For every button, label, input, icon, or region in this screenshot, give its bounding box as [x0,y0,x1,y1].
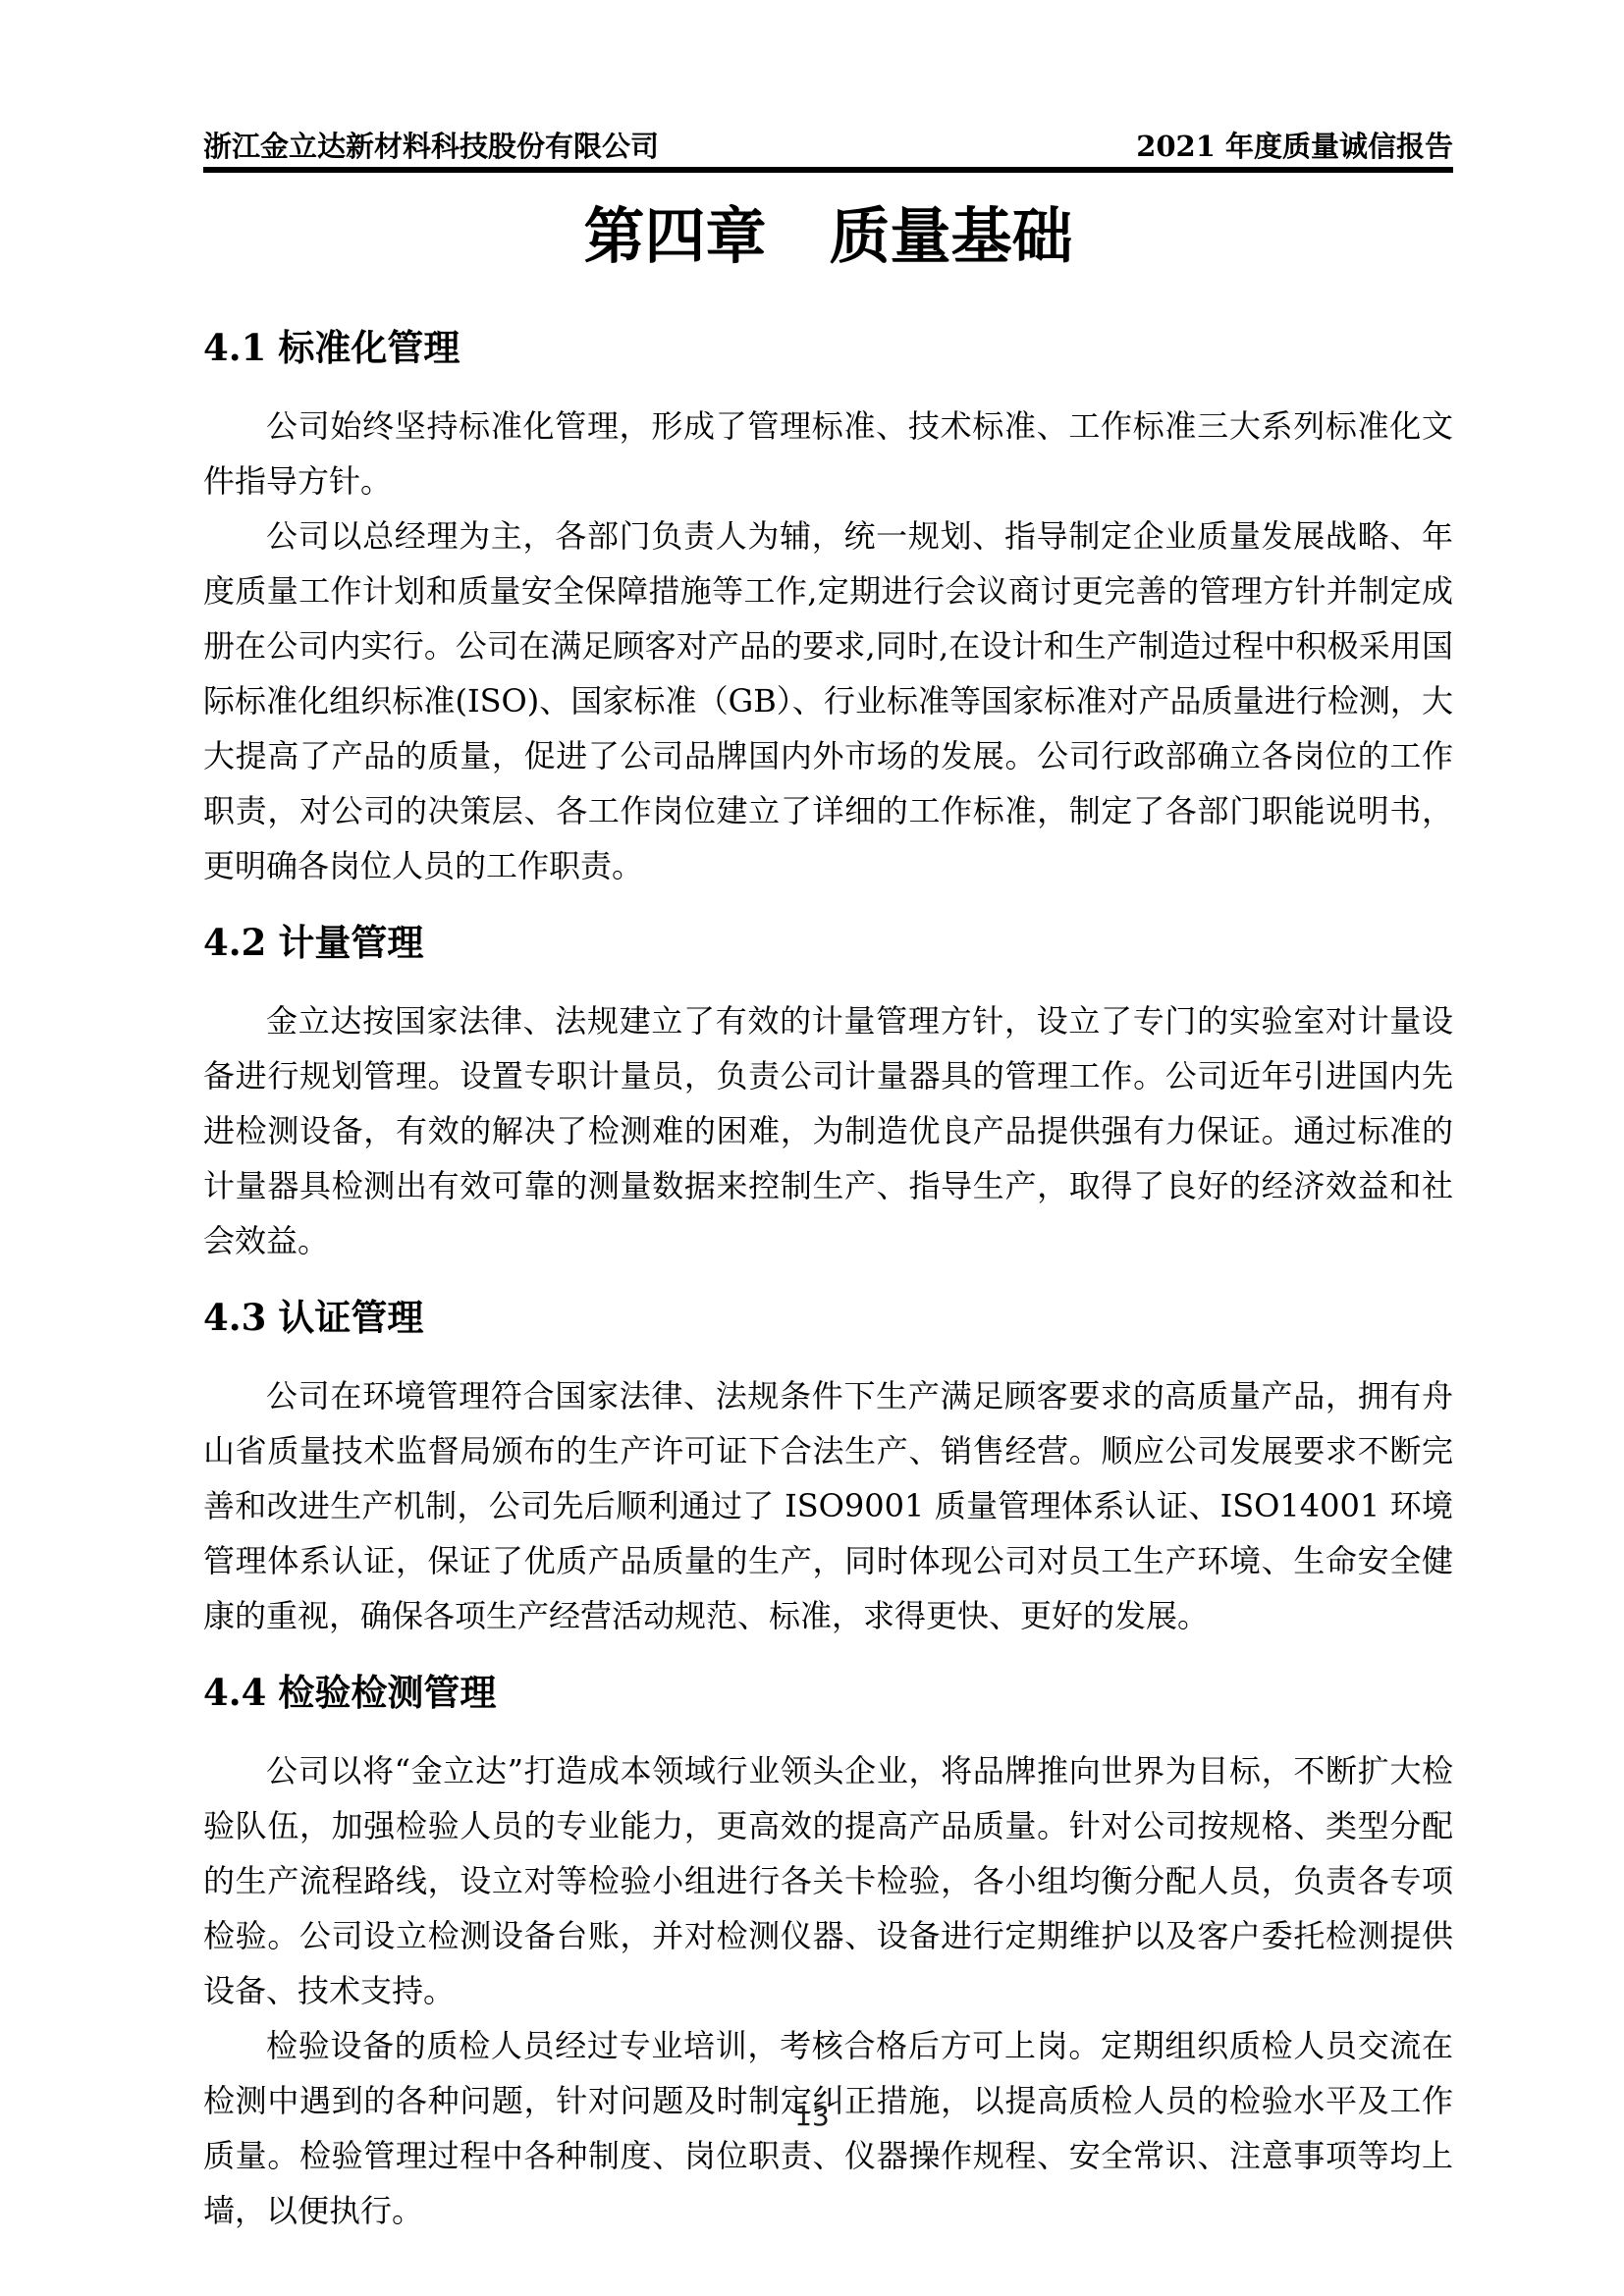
chapter-name: 质量基础 [830,200,1073,272]
section-title: 计量管理 [278,921,423,964]
paragraph: 金立达按国家法律、法规建立了有效的计量管理方针，设立了专门的实验室对计量设备进行… [203,993,1453,1268]
paragraph: 公司始终坚持标准化管理，形成了管理标准、技术标准、工作标准三大系列标准化文件指导… [203,399,1453,508]
section-heading-4-2: 4.2计量管理 [203,919,1453,966]
section-number: 4.4 [203,1671,266,1714]
section-number: 4.2 [203,921,266,964]
section-heading-4-1: 4.1标准化管理 [203,324,1453,371]
document-header: 浙江金立达新材料科技股份有限公司 2021 年度质量诚信报告 [203,128,1453,173]
section-heading-4-4: 4.4检验检测管理 [203,1669,1453,1716]
header-report-title: 2021 年度质量诚信报告 [1136,128,1453,165]
paragraph: 公司在环境管理符合国家法律、法规条件下生产满足顾客要求的高质量产品，拥有舟山省质… [203,1368,1453,1643]
section-number: 4.3 [203,1296,266,1339]
page-number: 13 [0,2100,1624,2133]
section-title: 标准化管理 [278,326,460,369]
chapter-number: 第四章 [583,200,766,272]
section-number: 4.1 [203,326,266,369]
section-title: 认证管理 [278,1296,423,1339]
chapter-title: 第四章质量基础 [203,200,1453,273]
paragraph: 公司以总经理为主，各部门负责人为辅，统一规划、指导制定企业质量发展战略、年度质量… [203,508,1453,893]
header-company-name: 浙江金立达新材料科技股份有限公司 [203,128,659,165]
section-heading-4-3: 4.3认证管理 [203,1294,1453,1341]
section-measurement: 4.2计量管理 金立达按国家法律、法规建立了有效的计量管理方针，设立了专门的实验… [203,919,1453,1268]
section-certification: 4.3认证管理 公司在环境管理符合国家法律、法规条件下生产满足顾客要求的高质量产… [203,1294,1453,1643]
paragraph: 公司以将“金立达”打造成本领域行业领头企业，将品牌推向世界为目标，不断扩大检验队… [203,1743,1453,2018]
section-standardization: 4.1标准化管理 公司始终坚持标准化管理，形成了管理标准、技术标准、工作标准三大… [203,324,1453,893]
document-page: 浙江金立达新材料科技股份有限公司 2021 年度质量诚信报告 第四章质量基础 4… [0,0,1624,2296]
section-inspection-testing: 4.4检验检测管理 公司以将“金立达”打造成本领域行业领头企业，将品牌推向世界为… [203,1669,1453,2238]
page-content: 浙江金立达新材料科技股份有限公司 2021 年度质量诚信报告 第四章质量基础 4… [203,128,1453,2238]
section-title: 检验检测管理 [278,1671,496,1714]
